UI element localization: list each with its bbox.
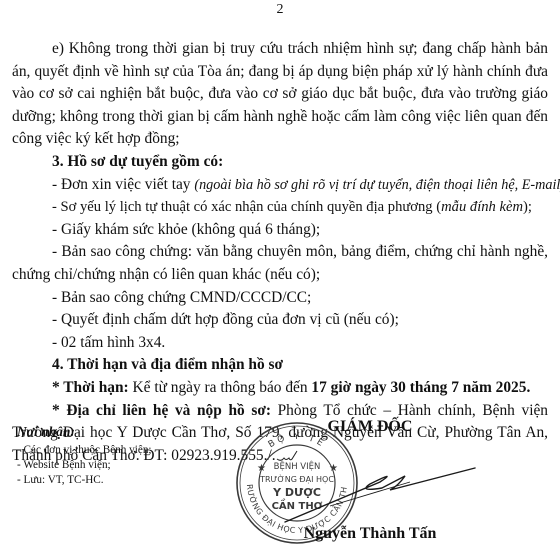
section-4-heading: 4. Thời hạn và địa điểm nhận hồ sơ: [12, 354, 548, 377]
svg-text:★: ★: [257, 463, 266, 474]
recipient-item: - Website Bệnh viện;: [17, 458, 152, 473]
signer-name: Nguyễn Thành Tấn: [290, 525, 450, 543]
recipients-title: Nơi nhận:: [17, 423, 152, 441]
list-item: - Bản sao công chứng: văn bằng chuyên mô…: [12, 241, 548, 286]
list-item: - Đơn xin việc viết tay (ngoài bìa hồ sơ…: [12, 174, 548, 197]
list-item: - Giấy khám sức khỏe (không quá 6 tháng)…: [12, 219, 548, 242]
list-item: - 02 tấm hình 3x4.: [12, 332, 548, 355]
list-item: - Bản sao công chứng CMND/CCCD/CC;: [12, 287, 548, 310]
document-body: e) Không trong thời gian bị truy cứu trá…: [12, 38, 548, 467]
recipients-block: Nơi nhận: - Các đơn vị thuộc Bệnh viện; …: [17, 423, 152, 488]
recipient-item: - Các đơn vị thuộc Bệnh viện;: [17, 443, 152, 458]
section-e-paragraph: e) Không trong thời gian bị truy cứu trá…: [12, 38, 548, 151]
list-item: - Sơ yếu lý lịch tự thuật có xác nhận củ…: [12, 196, 548, 219]
deadline-line: * Thời hạn: Kể từ ngày ra thông báo đến …: [12, 377, 548, 400]
recipient-item: - Lưu: VT, TC-HC.: [17, 473, 152, 488]
section-3-heading: 3. Hồ sơ dự tuyển gồm có:: [12, 151, 548, 174]
signer-title: GIÁM ĐỐC: [300, 418, 440, 436]
page-number: 2: [0, 2, 560, 18]
list-item: - Quyết định chấm dứt hợp đồng của đơn v…: [12, 309, 548, 332]
handwritten-signature-icon: [270, 460, 480, 530]
